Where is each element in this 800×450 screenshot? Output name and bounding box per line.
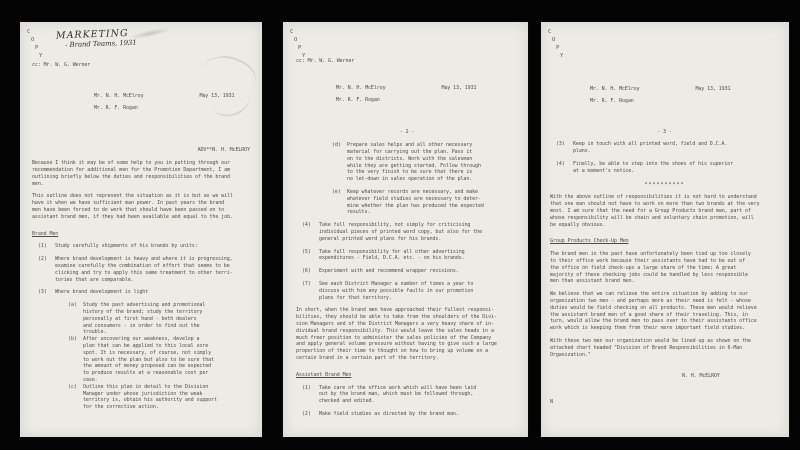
sender-line: Mr. R. F. Rogan — [336, 97, 380, 104]
list-item-text: Outline this plan in detail to the Divis… — [83, 384, 254, 411]
copy-stamp-letter: C — [290, 28, 305, 36]
sub-list-item: (a)Study the past advertising and promot… — [32, 302, 254, 336]
list-item: (1)Take care of the office work which wi… — [296, 385, 518, 405]
document-page-2: COPYcc: Mr. W. G. WernerMr. N. H. McElro… — [283, 22, 528, 437]
copy-stamp-letter: O — [552, 36, 563, 44]
list-item-label: (7) — [302, 281, 319, 301]
address-block: Mr. N. H. McElroyMay 13, 1931Mr. R. F. R… — [550, 86, 779, 105]
copy-stamp-letter: Y — [560, 52, 563, 60]
address-row: Mr. N. H. McElroyMay 13, 1931 — [550, 86, 779, 93]
list-item: (5)Take full responsibility for all othe… — [296, 249, 518, 263]
address-row: Mr. R. F. Rogan — [550, 98, 779, 105]
list-item-label: (2) — [302, 411, 319, 418]
page-number: - 2 - — [296, 129, 518, 136]
list-item-text: See each District Manager a number of ti… — [319, 281, 518, 301]
list-item-label: (a) — [68, 302, 83, 336]
date-line: May 13, 1931 — [441, 85, 476, 92]
list-item-text: Experiment with and recommend wrapper re… — [319, 268, 518, 275]
signature: N. H. McELROY — [682, 373, 779, 380]
recipient-line: Mr. N. H. McElroy — [94, 93, 143, 100]
list-item-label: (c) — [68, 384, 83, 411]
list-item-text: Where brand development is light — [55, 289, 254, 296]
list-item-label: (4) — [556, 161, 573, 175]
sub-list-item: (d)Prepare sales helps and all other nec… — [296, 142, 518, 183]
paragraph: We believe that we can relieve the entir… — [550, 291, 779, 332]
scanned-memo-canvas: COPYMARKETING- Brand Teams, 1931cc: Mr. … — [0, 0, 800, 450]
paragraph: This outline does not represent the situ… — [32, 193, 254, 220]
list-item: (4)Take full responsibility, not simply … — [296, 222, 518, 242]
list-item-text: Take full responsibility, not simply for… — [319, 222, 518, 242]
cc-line: cc: Mr. W. G. Werner — [296, 58, 518, 65]
sub-list-item: (c)Outline this plan in detail to the Di… — [32, 384, 254, 411]
list-item-text: Finally, be able to step into the shoes … — [573, 161, 779, 175]
typist-initial: N — [550, 399, 779, 406]
sender-line: Mr. R. F. Rogan — [94, 105, 138, 112]
address-row: Mr. N. H. McElroyMay 13, 1931 — [296, 85, 518, 92]
copy-stamp-letter: Y — [302, 52, 305, 60]
sender-line: Mr. R. F. Rogan — [590, 98, 634, 105]
address-row: Mr. R. F. Rogan — [32, 105, 254, 112]
list-item-label: (5) — [302, 249, 319, 263]
list-item-text: Keep in touch with all printed word, fie… — [573, 141, 779, 155]
asterisk-divider: ********** — [550, 182, 779, 189]
section-heading: Group Products Check-Up Men — [550, 238, 779, 245]
list-item-label: (1) — [38, 243, 55, 250]
list-item-text: Where brand development is heavy and whe… — [55, 256, 254, 283]
list-item-label: (3) — [556, 141, 573, 155]
section-heading: Brand Men — [32, 231, 254, 238]
list-item-label: (3) — [38, 289, 55, 296]
list-item-label: (6) — [302, 268, 319, 275]
paragraph: The brand men in the past have unfortuna… — [550, 251, 779, 285]
date-line: May 13, 1931 — [695, 86, 730, 93]
recipient-line: Mr. N. H. McElroy — [590, 86, 639, 93]
recipient-line: Mr. N. H. McElroy — [336, 85, 385, 92]
list-item-text: Keep whatever records are necessary, and… — [347, 189, 518, 216]
reference-line: ADV**N. H. McELROY — [32, 147, 254, 154]
list-item: (2)Make field studies as directed by the… — [296, 411, 518, 418]
paragraph: In short, when the brand men have approa… — [296, 307, 518, 361]
list-item-text: After uncovering our weakness, develop a… — [83, 336, 254, 384]
list-item-text: Prepare sales helps and all other necess… — [347, 142, 518, 183]
cc-line: cc: Mr. W. G. Werner — [32, 62, 254, 69]
copy-stamp: COPY — [27, 28, 42, 60]
list-item: (1)Study carefully shipments of his bran… — [32, 243, 254, 250]
document-page-1: COPYMARKETING- Brand Teams, 1931cc: Mr. … — [20, 22, 262, 437]
list-item-label: (d) — [332, 142, 347, 183]
list-item: (6)Experiment with and recommend wrapper… — [296, 268, 518, 275]
copy-stamp-letter: P — [556, 44, 563, 52]
copy-stamp: COPY — [290, 28, 305, 60]
list-item-text: Take care of the office work which will … — [319, 385, 518, 405]
list-item-label: (e) — [332, 189, 347, 216]
list-item-text: Make field studies as directed by the br… — [319, 411, 518, 418]
date-line: May 13, 1931 — [199, 93, 234, 100]
list-item: (3)Where brand development is light — [32, 289, 254, 296]
handwritten-annotation: MARKETING- Brand Teams, 1931 — [56, 25, 255, 51]
address-block: Mr. N. H. McElroyMay 13, 1931Mr. R. F. R… — [296, 85, 518, 104]
list-item-text: Study carefully shipments of his brands … — [55, 243, 254, 250]
sub-list-item: (e)Keep whatever records are necessary, … — [296, 189, 518, 216]
paragraph: With the above outline of responsibiliti… — [550, 194, 779, 228]
document-page-3: COPYMr. N. H. McElroyMay 13, 1931Mr. R. … — [541, 22, 789, 437]
paragraph: With these two men our organization woul… — [550, 338, 779, 358]
list-item-text: Take full responsibility for all other a… — [319, 249, 518, 263]
copy-stamp: COPY — [548, 28, 563, 60]
list-item: (4)Finally, be able to step into the sho… — [550, 161, 779, 175]
copy-stamp-letter: O — [294, 36, 305, 44]
copy-stamp-letter: C — [548, 28, 563, 36]
address-row: Mr. N. H. McElroyMay 13, 1931 — [32, 93, 254, 100]
paragraph: Because I think it may be of some help t… — [32, 160, 254, 187]
list-item-label: (2) — [38, 256, 55, 283]
copy-stamp-letter: Y — [39, 52, 42, 60]
list-item: (7)See each District Manager a number of… — [296, 281, 518, 301]
list-item: (3)Keep in touch with all printed word, … — [550, 141, 779, 155]
address-row: Mr. R. F. Rogan — [296, 97, 518, 104]
sub-list-item: (b)After uncovering our weakness, develo… — [32, 336, 254, 384]
copy-stamp-letter: P — [298, 44, 305, 52]
copy-stamp-letter: C — [27, 28, 42, 36]
list-item-text: Study the past advertising and promotion… — [83, 302, 254, 336]
list-item: (2)Where brand development is heavy and … — [32, 256, 254, 283]
address-block: Mr. N. H. McElroyMay 13, 1931Mr. R. F. R… — [32, 93, 254, 112]
list-item-label: (4) — [302, 222, 319, 242]
page-number: - 3 - — [550, 129, 779, 136]
section-heading: Assistant Brand Men — [296, 372, 518, 379]
copy-stamp-letter: O — [31, 36, 42, 44]
list-item-label: (b) — [68, 336, 83, 384]
list-item-label: (1) — [302, 385, 319, 405]
copy-stamp-letter: P — [35, 44, 42, 52]
